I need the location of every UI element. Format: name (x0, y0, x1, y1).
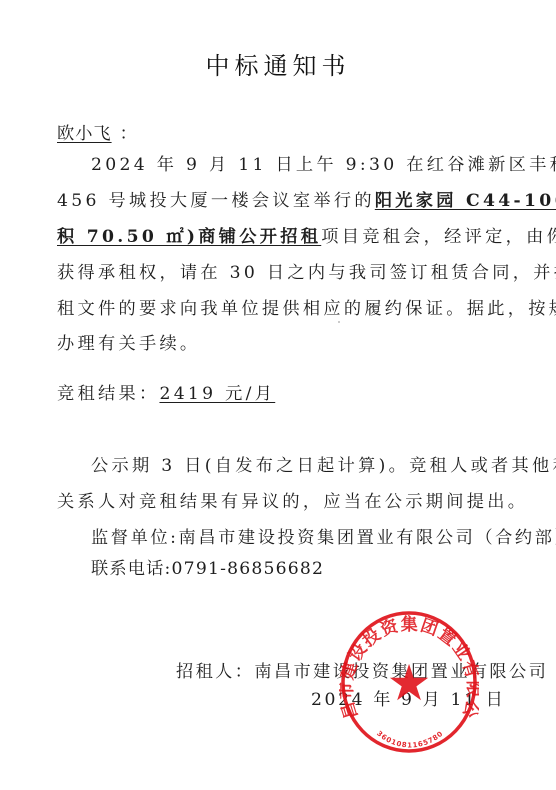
contact-label: 联系电话: (91, 559, 172, 579)
official-seal-icon: 南昌市建设投资集团置业有限公司 ★ 3601081165780 (339, 610, 479, 754)
notice-line-2: 关系人对竞租结果有异议的，应当在公示期间提出。 (57, 490, 528, 514)
bid-result: 竞租结果：2419 元/月 (57, 382, 287, 406)
supervisor-value: 南昌市建设投资集团置业有限公司（合约部） (179, 528, 556, 548)
supervisor-label: 监督单位: (91, 528, 179, 548)
notice-page: 中标通知书 欧小飞： 2024 年 9 月 11 日上午 9:30 在红谷滩新区… (0, 0, 556, 790)
addressee-colon: ： (120, 124, 138, 144)
addressee-name: 欧小飞 (57, 124, 120, 144)
bid-result-value: 2419 元/月 (159, 384, 287, 404)
contact: 联系电话:0791-86856682 (91, 557, 324, 581)
addressee: 欧小飞： (57, 122, 138, 146)
scan-speck (338, 321, 340, 323)
body-line-3: 积 70.50 ㎡)商铺公开招租项目竞租会，经评定，由你单位 (57, 225, 556, 249)
body-line-1: 2024 年 9 月 11 日上午 9:30 在红谷滩新区丰和中大道 (91, 153, 556, 177)
supervisor: 监督单位:南昌市建设投资集团置业有限公司（合约部） (91, 526, 556, 550)
venue-text: 456 号城投大厦一楼会议室举行的 (57, 191, 375, 211)
body-line-5: 租文件的要求向我单位提供相应的履约保证。据此，按规定 (57, 297, 556, 321)
svg-text:★: ★ (387, 654, 432, 712)
document-title: 中标通知书 (0, 46, 556, 81)
property-name: 阳光家园 C44-106(建筑面 (375, 191, 556, 211)
contact-phone: 0791-86856682 (172, 559, 325, 579)
body-line-4: 获得承租权，请在 30 日之内与我司签订租赁合同，并按招 (57, 261, 556, 285)
bid-result-label: 竞租结果： (57, 384, 159, 404)
property-area: 积 70.50 ㎡)商铺公开招租 (57, 227, 321, 247)
body-line-6: 办理有关手续。 (57, 332, 200, 356)
notice-line-1: 公示期 3 日(自发布之日起计算)。竞租人或者其他利害 (91, 454, 556, 478)
evaluation-text: 项目竞租会，经评定，由你单位 (321, 227, 556, 247)
lessor-label: 招租人： (176, 662, 254, 682)
body-line-2: 456 号城投大厦一楼会议室举行的阳光家园 C44-106(建筑面 (57, 189, 556, 213)
